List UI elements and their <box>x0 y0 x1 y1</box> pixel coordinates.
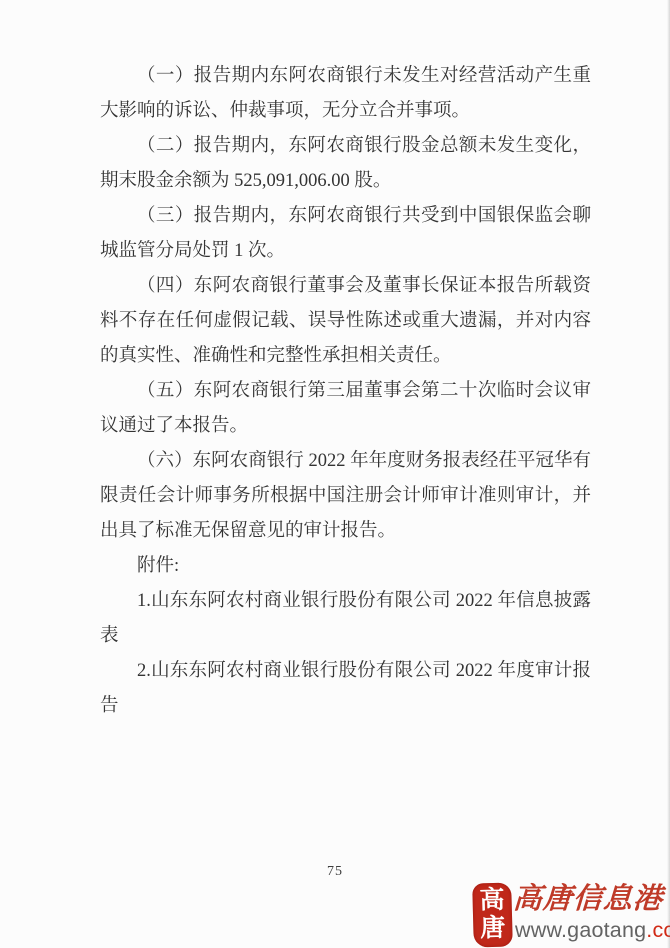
report-paragraph-3: （三）报告期内，东阿农商银行共受到中国银保监会聊城监管分局处罚 1 次。 <box>100 199 591 269</box>
attachment-item-1: 1.山东东阿农村商业银行股份有限公司 2022 年信息披露表 <box>100 584 591 654</box>
seal-char-top: 高 <box>479 887 505 916</box>
page-number: 75 <box>0 864 670 880</box>
report-body: （一）报告期内东阿农商银行未发生对经营活动产生重大影响的诉讼、仲裁事项，无分立合… <box>100 59 591 724</box>
seal-char-bottom: 唐 <box>480 915 506 944</box>
report-paragraph-1: （一）报告期内东阿农商银行未发生对经营活动产生重大影响的诉讼、仲裁事项，无分立合… <box>100 59 591 129</box>
watermark-site-url: www.gaotang.cc <box>515 918 670 942</box>
watermark-site-name: 高唐信息港 <box>512 881 669 918</box>
report-paragraph-4: （四）东阿农商银行董事会及董事长保证本报告所载资料不存在任何虚假记载、误导性陈述… <box>100 269 591 374</box>
gaotang-seal-logo: 高 唐 <box>472 883 513 948</box>
report-paragraph-6: （六）东阿农商银行 2022 年年度财务报表经茌平冠华有限责任会计师事务所根据中… <box>100 444 591 549</box>
scanned-report-page: （一）报告期内东阿农商银行未发生对经营活动产生重大影响的诉讼、仲裁事项，无分立合… <box>0 0 670 948</box>
url-main-text: www.gaotang <box>515 918 646 942</box>
report-paragraph-2: （二）报告期内，东阿农商银行股金总额未发生变化，期末股金余额为 525,091,… <box>100 129 591 199</box>
attachment-item-2: 2.山东东阿农村商业银行股份有限公司 2022 年度审计报告 <box>100 654 591 724</box>
report-paragraph-5: （五）东阿农商银行第三届董事会第二十次临时会议审议通过了本报告。 <box>100 374 591 444</box>
attachments-heading: 附件: <box>100 549 591 584</box>
